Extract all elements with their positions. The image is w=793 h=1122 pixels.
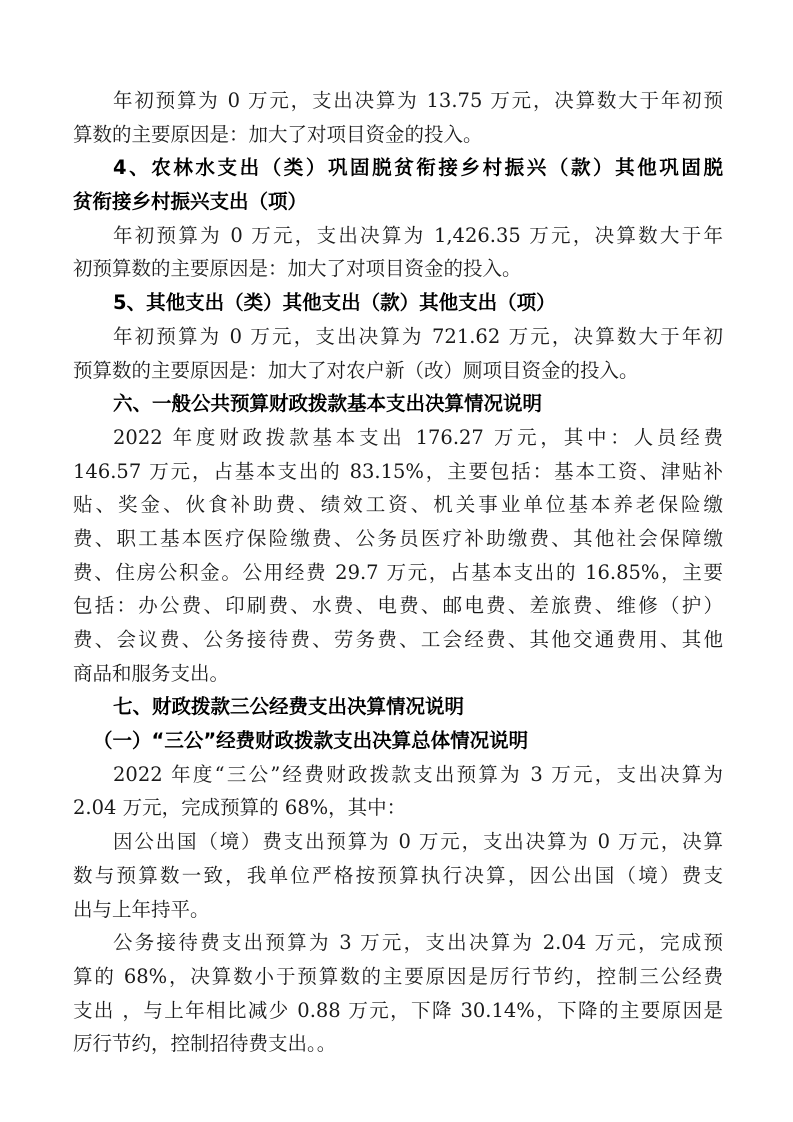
heading-section-7: 七、财政拨款三公经费支出决算情况说明 [73,690,723,724]
paragraph-overseas-travel: 因公出国（境）费支出预算为 0 万元，支出决算为 0 万元，决算 数与预算数一致… [73,825,723,926]
text-line: 公务接待费支出预算为 3 万元，支出决算为 2.04 万元，完成预 [73,926,723,960]
heading-subsection-1: （一）“三公”经费财政拨款支出决算总体情况说明 [73,724,723,758]
paragraph-three-public-overview: 2022 年度“三公”经费财政拨款支出预算为 3 万元，支出决算为 2.04 万… [73,758,723,825]
heading-line: 六、一般公共预算财政拨款基本支出决算情况说明 [73,387,723,421]
heading-line: 贫衔接乡村振兴支出（项） [73,185,723,219]
heading-section-6: 六、一般公共预算财政拨款基本支出决算情况说明 [73,387,723,421]
text-line: 费、会议费、公务接待费、劳务费、工会经费、其他交通费用、其他 [73,623,723,657]
document-page: 年初预算为 0 万元，支出决算为 13.75 万元，决算数大于年初预 算数的主要… [73,84,723,1061]
text-line: 算的 68%，决算数小于预算数的主要原因是厉行节约，控制三公经费 [73,960,723,994]
text-line: 费、住房公积金。公用经费 29.7 万元，占基本支出的 16.85%，主要 [73,556,723,590]
text-line: 贴、奖金、伙食补助费、绩效工资、机关事业单位基本养老保险缴 [73,488,723,522]
text-line: 包括：办公费、印刷费、水费、电费、邮电费、差旅费、维修（护） [73,589,723,623]
heading-line: 4、农林水支出（类）巩固脱贫衔接乡村振兴（款）其他巩固脱 [73,151,723,185]
heading-line: （一）“三公”经费财政拨款支出决算总体情况说明 [73,724,723,758]
text-line: 算数的主要原因是：加大了对项目资金的投入。 [73,118,723,152]
heading-line: 5、其他支出（类）其他支出（款）其他支出（项） [73,286,723,320]
paragraph-budget-1426-35: 年初预算为 0 万元，支出决算为 1,426.35 万元，决算数大于年 初预算数… [73,219,723,286]
heading-line: 七、财政拨款三公经费支出决算情况说明 [73,690,723,724]
text-line: 2022 年度“三公”经费财政拨款支出预算为 3 万元，支出决算为 [73,758,723,792]
text-line: 2022 年度财政拨款基本支出 176.27 万元，其中：人员经费 [73,421,723,455]
text-line: 初预算数的主要原因是：加大了对项目资金的投入。 [73,252,723,286]
text-line: 出与上年持平。 [73,893,723,927]
text-line: 因公出国（境）费支出预算为 0 万元，支出决算为 0 万元，决算 [73,825,723,859]
text-line: 商品和服务支出。 [73,657,723,691]
text-line: 数与预算数一致，我单位严格按预算执行决算，因公出国（境）费支 [73,859,723,893]
text-line: 2.04 万元，完成预算的 68%，其中： [73,791,723,825]
heading-item-4: 4、农林水支出（类）巩固脱贫衔接乡村振兴（款）其他巩固脱 贫衔接乡村振兴支出（项… [73,151,723,218]
text-line: 费、职工基本医疗保险缴费、公务员医疗补助缴费、其他社会保障缴 [73,522,723,556]
paragraph-official-reception: 公务接待费支出预算为 3 万元，支出决算为 2.04 万元，完成预 算的 68%… [73,926,723,1061]
text-line: 年初预算为 0 万元，支出决算为 721.62 万元，决算数大于年初 [73,320,723,354]
text-line: 预算数的主要原因是：加大了对农户新（改）厕项目资金的投入。 [73,354,723,388]
text-line: 支出 ，与上年相比减少 0.88 万元，下降 30.14%，下降的主要原因是 [73,994,723,1028]
paragraph-budget-721-62: 年初预算为 0 万元，支出决算为 721.62 万元，决算数大于年初 预算数的主… [73,320,723,387]
text-line: 146.57 万元，占基本支出的 83.15%，主要包括：基本工资、津贴补 [73,455,723,489]
heading-item-5: 5、其他支出（类）其他支出（款）其他支出（项） [73,286,723,320]
text-line: 年初预算为 0 万元，支出决算为 1,426.35 万元，决算数大于年 [73,219,723,253]
text-line: 年初预算为 0 万元，支出决算为 13.75 万元，决算数大于年初预 [73,84,723,118]
text-line: 厉行节约，控制招待费支出。。 [73,1027,723,1061]
paragraph-budget-13-75: 年初预算为 0 万元，支出决算为 13.75 万元，决算数大于年初预 算数的主要… [73,84,723,151]
paragraph-basic-expenditure: 2022 年度财政拨款基本支出 176.27 万元，其中：人员经费 146.57… [73,421,723,691]
